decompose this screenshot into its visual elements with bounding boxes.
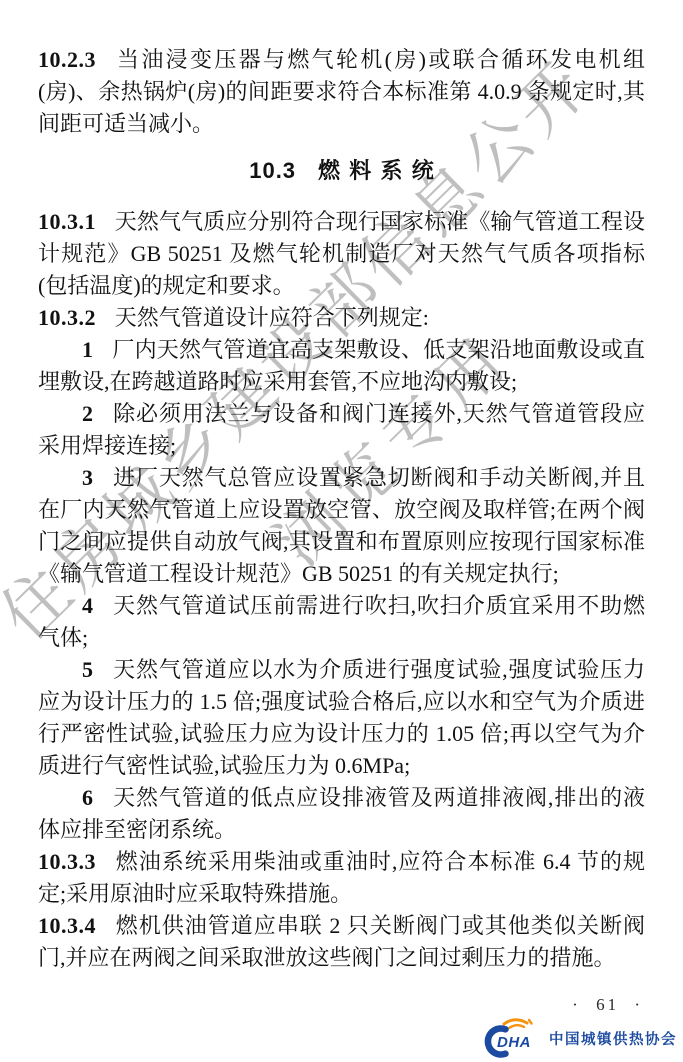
list-item-4: 4天然气管道试压前需进行吹扫,吹扫介质宜采用不助燃气体; [38, 590, 645, 654]
item-number: 5 [82, 657, 94, 682]
item-number: 6 [82, 785, 94, 810]
list-item-1: 1厂内天然气管道宜高支架敷设、低支架沿地面敷设或直埋敷设,在跨越道路时应采用套管… [38, 334, 645, 398]
clause-text: 天然气气质应分别符合现行国家标准《输气管道工程设计规范》GB 50251 及燃气… [38, 209, 645, 298]
section-title: 燃料系统 [318, 158, 443, 183]
item-text: 进厂天然气总管应设置紧急切断阀和手动关断阀,并且在厂内天然气管道上应设置放空管、… [38, 465, 645, 586]
item-text: 除必须用法兰与设备和阀门连接外,天然气管道管段应采用焊接连接; [38, 401, 645, 458]
item-number: 3 [82, 465, 94, 490]
item-number: 2 [82, 401, 94, 426]
list-item-2: 2除必须用法兰与设备和阀门连接外,天然气管道管段应采用焊接连接; [38, 398, 645, 462]
clause-text: 当油浸变压器与燃气轮机(房)或联合循环发电机组(房)、余热锅炉(房)的间距要求符… [38, 47, 645, 136]
clause-number: 10.2.3 [38, 47, 96, 72]
document-page: 住房城乡建设部信息公开 浏览专用 10.2.3当油浸变压器与燃气轮机(房)或联合… [0, 0, 683, 1062]
clause-number: 10.3.3 [38, 849, 96, 874]
page-number: · 61 · [572, 995, 643, 1015]
list-item-6: 6天然气管道的低点应设排液管及两道排液阀,排出的液体应排至密闭系统。 [38, 782, 645, 846]
item-text: 天然气管道的低点应设排液管及两道排液阀,排出的液体应排至密闭系统。 [38, 785, 645, 842]
item-text: 天然气管道应以水为介质进行强度试验,强度试验压力应为设计压力的 1.5 倍;强度… [38, 657, 645, 778]
document-content: 10.2.3当油浸变压器与燃气轮机(房)或联合循环发电机组(房)、余热锅炉(房)… [38, 44, 645, 974]
clause-10-3-3: 10.3.3燃油系统采用柴油或重油时,应符合本标准 6.4 节的规定;采用原油时… [38, 846, 645, 910]
clause-number: 10.3.1 [38, 209, 96, 234]
dha-logo-icon: DHA [482, 1018, 544, 1058]
clause-10-2-3: 10.2.3当油浸变压器与燃气轮机(房)或联合循环发电机组(房)、余热锅炉(房)… [38, 44, 645, 140]
section-heading: 10.3燃料系统 [38, 158, 645, 184]
dha-logo-text: DHA [497, 1034, 531, 1051]
item-text: 厂内天然气管道宜高支架敷设、低支架沿地面敷设或直埋敷设,在跨越道路时应采用套管,… [38, 337, 645, 394]
clause-text: 燃油系统采用柴油或重油时,应符合本标准 6.4 节的规定;采用原油时应采取特殊措… [38, 849, 645, 906]
clause-number: 10.3.4 [38, 913, 96, 938]
clause-10-3-4: 10.3.4燃机供油管道应串联 2 只关断阀门或其他类似关断阀门,并应在两阀之间… [38, 910, 645, 974]
item-number: 4 [82, 593, 94, 618]
list-item-5: 5天然气管道应以水为介质进行强度试验,强度试验压力应为设计压力的 1.5 倍;强… [38, 654, 645, 782]
clause-text: 天然气管道设计应符合下列规定: [115, 305, 429, 330]
clause-10-3-1: 10.3.1天然气气质应分别符合现行国家标准《输气管道工程设计规范》GB 502… [38, 206, 645, 302]
association-logo: DHA 中国城镇供热协会 [482, 1018, 677, 1058]
clause-10-3-2: 10.3.2天然气管道设计应符合下列规定: [38, 302, 645, 334]
clause-text: 燃机供油管道应串联 2 只关断阀门或其他类似关断阀门,并应在两阀之间采取泄放这些… [38, 913, 645, 970]
item-number: 1 [82, 337, 94, 362]
association-name: 中国城镇供热协会 [549, 1028, 677, 1049]
section-number: 10.3 [249, 158, 296, 183]
item-text: 天然气管道试压前需进行吹扫,吹扫介质宜采用不助燃气体; [38, 593, 645, 650]
clause-number: 10.3.2 [38, 305, 96, 330]
list-item-3: 3进厂天然气总管应设置紧急切断阀和手动关断阀,并且在厂内天然气管道上应设置放空管… [38, 462, 645, 590]
